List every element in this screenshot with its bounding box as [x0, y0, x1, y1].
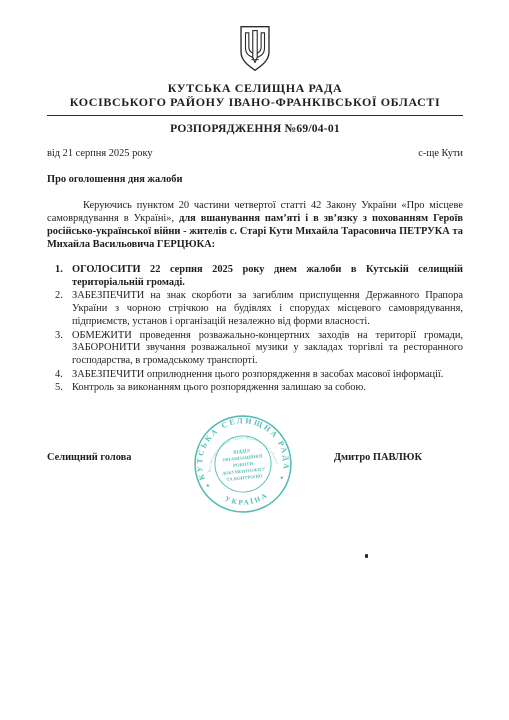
- document-page: КУТСЬКА СЕЛИЩНА РАДА КОСІВСЬКОГО РАЙОНУ …: [0, 0, 509, 720]
- list-item: 1. ОГОЛОСИТИ 22 серпня 2025 року днем жа…: [47, 264, 463, 289]
- list-item: 4. ЗАБЕЗПЕЧИТИ оприлюднення цього розпор…: [47, 369, 463, 382]
- header-divider: [47, 115, 463, 116]
- signatory-name: Дмитро ПАВЛЮК: [334, 451, 422, 464]
- list-item: 2. ЗАБЕЗПЕЧИТИ на знак скорботи за загиб…: [47, 290, 463, 328]
- list-item: 3. ОБМЕЖИТИ проведення розважально-конце…: [47, 330, 463, 368]
- item-number: 3.: [47, 330, 72, 368]
- ink-speck: [365, 554, 368, 558]
- item-text: Контроль за виконанням цього розпоряджен…: [72, 382, 463, 395]
- item-text: ОГОЛОСИТИ 22 серпня 2025 року днем жалоб…: [72, 264, 463, 289]
- svg-text:УКРАЇНА: УКРАЇНА: [223, 490, 271, 509]
- item-number: 4.: [47, 369, 72, 382]
- stamp-ring-bottom-text: УКРАЇНА: [223, 490, 271, 509]
- org-name-line1: КУТСЬКА СЕЛИЩНА РАДА: [47, 81, 463, 95]
- stamp-star-right-icon: ★: [279, 475, 285, 481]
- document-title: РОЗПОРЯДЖЕННЯ №69/04-01: [47, 122, 463, 136]
- stamp-star-left-icon: ★: [205, 483, 211, 489]
- document-date: від 21 серпня 2025 року: [47, 147, 153, 160]
- item-text: ОБМЕЖИТИ проведення розважально-концертн…: [72, 330, 463, 368]
- preamble-paragraph: Керуючись пунктом 20 частини четвертої с…: [47, 199, 463, 251]
- item-number: 2.: [47, 290, 72, 328]
- item-number: 5.: [47, 382, 72, 395]
- item-text: ЗАБЕЗПЕЧИТИ оприлюднення цього розпорядж…: [72, 369, 463, 382]
- org-name-line2: КОСІВСЬКОГО РАЙОНУ ІВАНО-ФРАНКІВСЬКОЇ ОБ…: [47, 95, 463, 109]
- item-number: 1.: [47, 264, 72, 289]
- signatory-position: Селищний голова: [47, 451, 131, 464]
- list-item: 5. Контроль за виконанням цього розпоряд…: [47, 382, 463, 395]
- item-text: ЗАБЕЗПЕЧИТИ на знак скорботи за загиблим…: [72, 290, 463, 328]
- document-subject: Про оголошення дня жалоби: [47, 173, 463, 186]
- document-place: с-ще Кути: [418, 147, 463, 160]
- stamp-center-line: ОРГАНІЗАЦІЙНОЇ: [222, 453, 263, 462]
- order-items-list: 1. ОГОЛОСИТИ 22 серпня 2025 року днем жа…: [47, 264, 463, 395]
- official-seal-stamp: КУТСЬКА СЕЛИЩНА РАДА Косівського району …: [192, 413, 294, 515]
- ukraine-trident-icon: [237, 25, 273, 72]
- stamp-center-line: ТА КОНТРОЛЮ: [226, 474, 263, 483]
